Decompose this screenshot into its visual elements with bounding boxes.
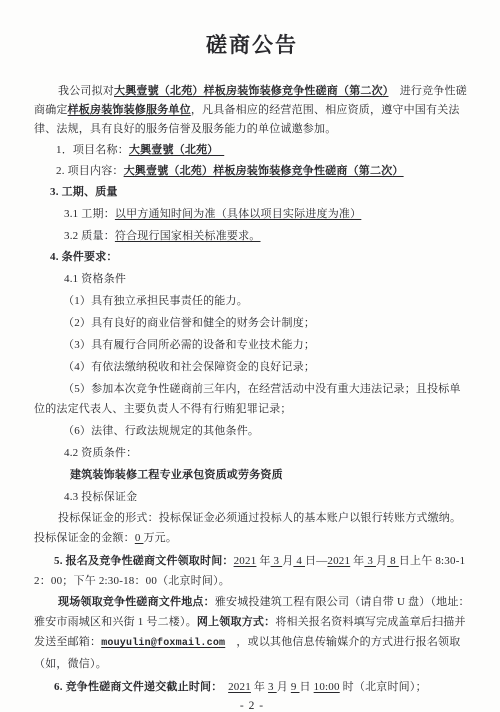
text-segment: （5）参加本次竞争性磋商前三年内，在经营活动中没有重大违法记录；且投标单位的法定…	[34, 383, 461, 415]
paragraph-sub-3-2: 3.2 质量：符合现行国家相关标准要求。	[64, 226, 470, 246]
text-segment: （1）具有独立承担民事责任的能力。	[63, 295, 248, 307]
text-segment: mouyulin@foxmail.com	[101, 638, 225, 649]
text-segment: 4.3 投标保证金	[64, 491, 137, 503]
paragraph-section-3: 3. 工期、质量	[50, 182, 470, 202]
paragraph-bond: 投标保证金的形式：投标保证金必须通过投标人的基本账户以银行转账方式缴纳。投标保证…	[34, 508, 470, 548]
paragraph-intro: 我公司拟对大興壹號（北苑）样板房装饰装修竞争性磋商（第二次） 进行竞争性磋商确定…	[34, 82, 470, 139]
paragraph-clause-5: （5）参加本次竞争性磋商前三年内，在经营活动中没有重大违法记录；且投标单位的法定…	[34, 379, 470, 419]
text-segment: 样板房装饰装修服务单位	[68, 104, 191, 116]
paragraph-section-4: 4. 条件要求：	[50, 247, 470, 267]
text-segment: 10:00	[314, 681, 340, 693]
text-segment: 以甲方通知时间为准（具体以项目实际进度为准）	[115, 208, 361, 220]
text-segment	[217, 681, 228, 693]
text-segment: 4.1 资格条件	[64, 273, 126, 285]
paragraph-item-5: 5. 报名及竞争性磋商文件领取时间：2021 年 3 月 4 日—2021 年 …	[34, 551, 470, 591]
document-body: 我公司拟对大興壹號（北苑）样板房装饰装修竞争性磋商（第二次） 进行竞争性磋商确定…	[34, 82, 470, 697]
text-segment: 2021	[234, 555, 257, 567]
text-segment: 3.1 工期：	[64, 208, 115, 220]
text-segment: 3. 工期、质量	[50, 186, 118, 198]
text-segment: 大興壹號（北苑）样板房装饰装修竞争性磋商（第二次）	[114, 85, 389, 97]
paragraph-pickup: 现场领取竞争性磋商文件地点：雅安城投建筑工程有限公司（请自带 U 盘）（地址：雅…	[34, 592, 470, 674]
paragraph-clause-3: （3）具有履行合同所必需的设备和专业技术能力；	[34, 335, 470, 355]
text-segment: 3	[268, 681, 277, 693]
text-segment: 3	[271, 555, 283, 567]
text-segment: （3）具有履行合同所必需的设备和专业技术能力；	[63, 339, 315, 351]
text-segment: 2021	[228, 681, 251, 693]
paragraph-clause-2: （2）具有良好的商业信誉和健全的财务会计制度；	[34, 313, 470, 333]
text-segment: 6. 竞争性磋商文件递交截止时间：	[54, 681, 217, 693]
text-segment: 年	[251, 681, 268, 693]
paragraph-clause-6: （6）法律、行政法规规定的其他条件。	[34, 421, 470, 441]
text-segment: 网上领取方式：	[197, 616, 275, 628]
text-segment: 大興壹號（北苑）	[129, 144, 224, 156]
paragraph-project-content: 2. 项目内容：大興壹號（北苑）样板房装饰装修竞争性磋商（第二次）	[56, 161, 470, 181]
text-segment: 8	[387, 555, 399, 567]
text-segment: 投标保证金的形式：投标保证金必须通过投标人的基本账户以银行转账方式缴纳。投标保证…	[34, 512, 461, 544]
text-segment: 年	[256, 555, 270, 567]
page-number: - 2 -	[34, 697, 470, 712]
paragraph-sub-4-3: 4.3 投标保证金	[64, 487, 470, 507]
text-segment: （6）法律、行政法规规定的其他条件。	[63, 425, 259, 437]
text-segment: 2021	[327, 555, 350, 567]
text-segment: 月	[282, 555, 293, 567]
text-segment: （2）具有良好的商业信誉和健全的财务会计制度；	[63, 317, 315, 329]
document-page: 磋商公告 我公司拟对大興壹號（北苑）样板房装饰装修竞争性磋商（第二次） 进行竞争…	[0, 0, 500, 712]
text-segment: 4	[293, 555, 305, 567]
paragraph-clause-4: （4）有依法缴纳税收和社会保障资金的良好记录；	[34, 357, 470, 377]
text-segment: 建筑装饰装修工程专业承包资质或劳务资质	[70, 469, 283, 481]
text-segment: 3.2 质量：	[64, 230, 115, 242]
text-segment: 符合现行国家相关标准要求。	[115, 230, 261, 242]
text-segment: 大興壹號（北苑）样板房装饰装修竞争性磋商（第二次）	[124, 165, 404, 177]
document-title: 磋商公告	[34, 30, 470, 60]
paragraph-item-6: 6. 竞争性磋商文件递交截止时间： 2021 年 3 月 9 日 10:00 时…	[34, 677, 470, 697]
text-segment: 现场领取竞争性磋商文件地点：	[58, 596, 215, 608]
text-segment: 1．项目名称：	[56, 144, 129, 156]
text-segment: 时（北京时间）；	[340, 681, 427, 693]
text-segment: 万元。	[143, 532, 177, 544]
text-segment: 月	[376, 555, 387, 567]
paragraph-clause-1: （1）具有独立承担民事责任的能力。	[34, 291, 470, 311]
text-segment: 日—	[305, 555, 327, 567]
paragraph-project-name: 1．项目名称：大興壹號（北苑）	[56, 140, 470, 160]
paragraph-sub-4-2: 4.2 资质条件：	[64, 443, 470, 463]
text-segment: 3	[364, 555, 376, 567]
text-segment: 9	[291, 681, 300, 693]
text-segment: 日	[300, 681, 314, 693]
text-segment: 我公司拟对	[58, 85, 114, 97]
paragraph-sub-3-1: 3.1 工期：以甲方通知时间为准（具体以项目实际进度为准）	[64, 204, 470, 224]
text-segment: 年	[350, 555, 364, 567]
text-segment: 5. 报名及竞争性磋商文件领取时间：	[54, 555, 234, 567]
text-segment: 2. 项目内容：	[56, 165, 124, 177]
text-segment: 4. 条件要求：	[50, 251, 118, 263]
text-segment: （4）有依法缴纳税收和社会保障资金的良好记录；	[63, 361, 315, 373]
paragraph-qualification: 建筑装饰装修工程专业承包资质或劳务资质	[70, 465, 470, 485]
paragraph-sub-4-1: 4.1 资格条件	[64, 269, 470, 289]
text-segment: 4.2 资质条件：	[64, 447, 137, 459]
text-segment: 月	[277, 681, 291, 693]
